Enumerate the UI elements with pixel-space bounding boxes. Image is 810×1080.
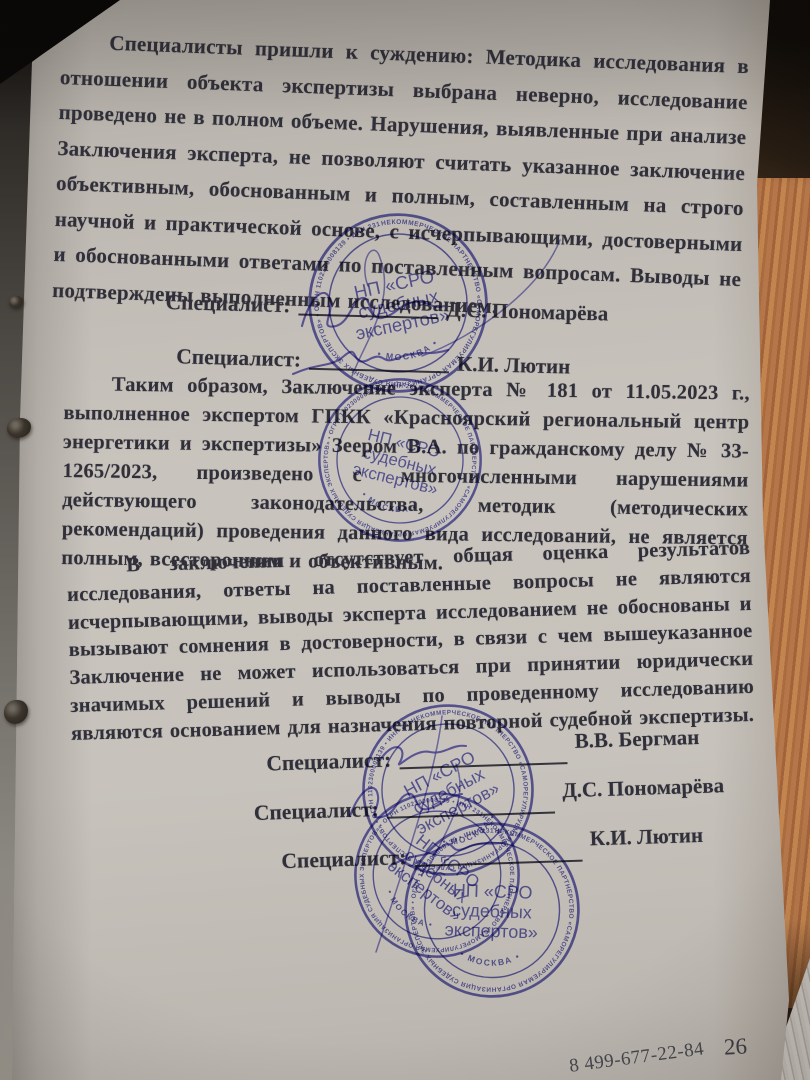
paragraph-final-assessment: В заключении отсутствует общая оценка ре… (66, 535, 755, 749)
specialist-name: В.В. Бергман (574, 725, 699, 754)
specialist-name: Д.С. Пономарёва (562, 773, 725, 803)
signature-line (309, 366, 449, 374)
specialist-name: К.И. Лютин (589, 823, 703, 852)
signature-line (387, 810, 555, 819)
specialist-label: Специалист: (165, 290, 291, 318)
signature-line (399, 760, 567, 769)
specialist-label: Специалист: (254, 797, 380, 826)
paragraph-conclusion-methodology: Специалисты пришли к суждению: Методика … (52, 24, 750, 333)
specialist-name: Д.С. Пономарёва (446, 297, 609, 326)
specialist-label: Специалист: (266, 748, 392, 777)
page-number: 26 (723, 1033, 747, 1060)
signature-row: Специалист: К.И. Лютин (281, 835, 726, 874)
specialist-label: Специалист: (176, 344, 302, 372)
signature-row: Специалист: Д.С. Пономарёва (254, 786, 725, 826)
signature-line (414, 858, 582, 867)
signature-line (298, 311, 438, 319)
signature-block-bottom: Специалист: В.В. Бергман Специалист: Д.С… (252, 737, 727, 899)
photo-of-document: { "photo": { "page_number": "26", "foote… (0, 0, 810, 1080)
specialist-label: Специалист: (281, 845, 407, 874)
